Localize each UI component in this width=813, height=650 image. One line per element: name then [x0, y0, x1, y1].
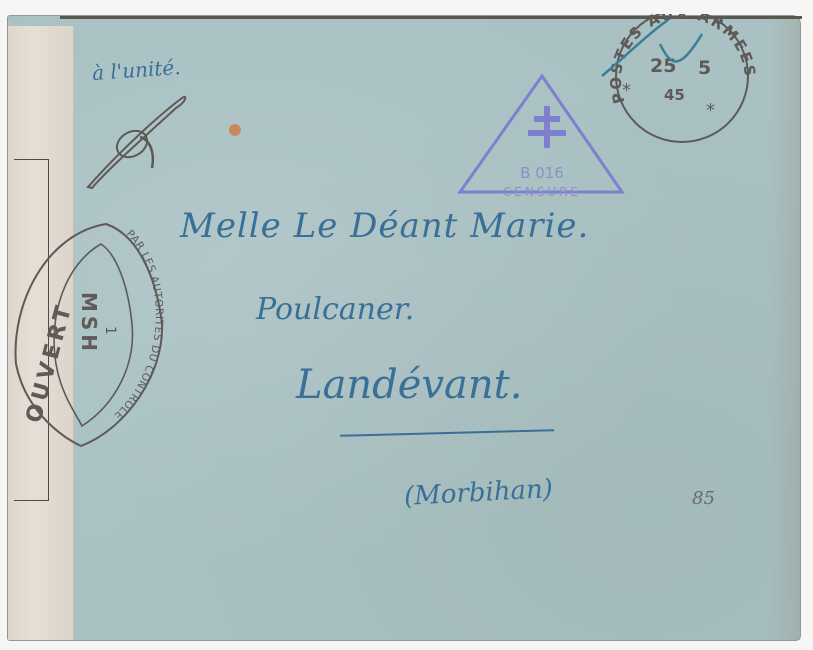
- rust-spot: [229, 124, 241, 136]
- pencil-number: 85: [692, 488, 715, 509]
- postmark-month: 5: [698, 57, 711, 79]
- svg-text:PAR LES AUTORITES DU CONTROLE: PAR LES AUTORITES DU CONTROLE: [111, 228, 164, 422]
- postmark-star-right-icon: *: [706, 100, 715, 121]
- control-opened-stamp: OUVERT PAR LES AUTORITES DU CONTROLE MSH…: [6, 214, 171, 450]
- censor-label: CENSURE: [503, 185, 581, 198]
- envelope-edge-shadow: [770, 16, 800, 640]
- recipient-name: Melle Le Déant Marie.: [180, 206, 589, 246]
- censor-triangle-stamp: B 016 CENSURE: [450, 72, 630, 198]
- cross-of-lorraine-icon: [528, 106, 566, 148]
- censor-number: B 016: [520, 164, 564, 182]
- postmark-year: 45: [664, 86, 685, 104]
- postmark-day: 25: [650, 55, 676, 77]
- pencil-paraph-icon: [80, 92, 190, 192]
- control-outer-text: OUVERT: [22, 300, 78, 426]
- control-center-number: 1: [102, 326, 118, 335]
- recipient-locality: Poulcaner.: [256, 292, 414, 327]
- control-center-code: MSH: [77, 292, 101, 355]
- control-ring-text: PAR LES AUTORITES DU CONTROLE: [111, 228, 164, 422]
- recipient-commune: Landévant.: [296, 362, 522, 408]
